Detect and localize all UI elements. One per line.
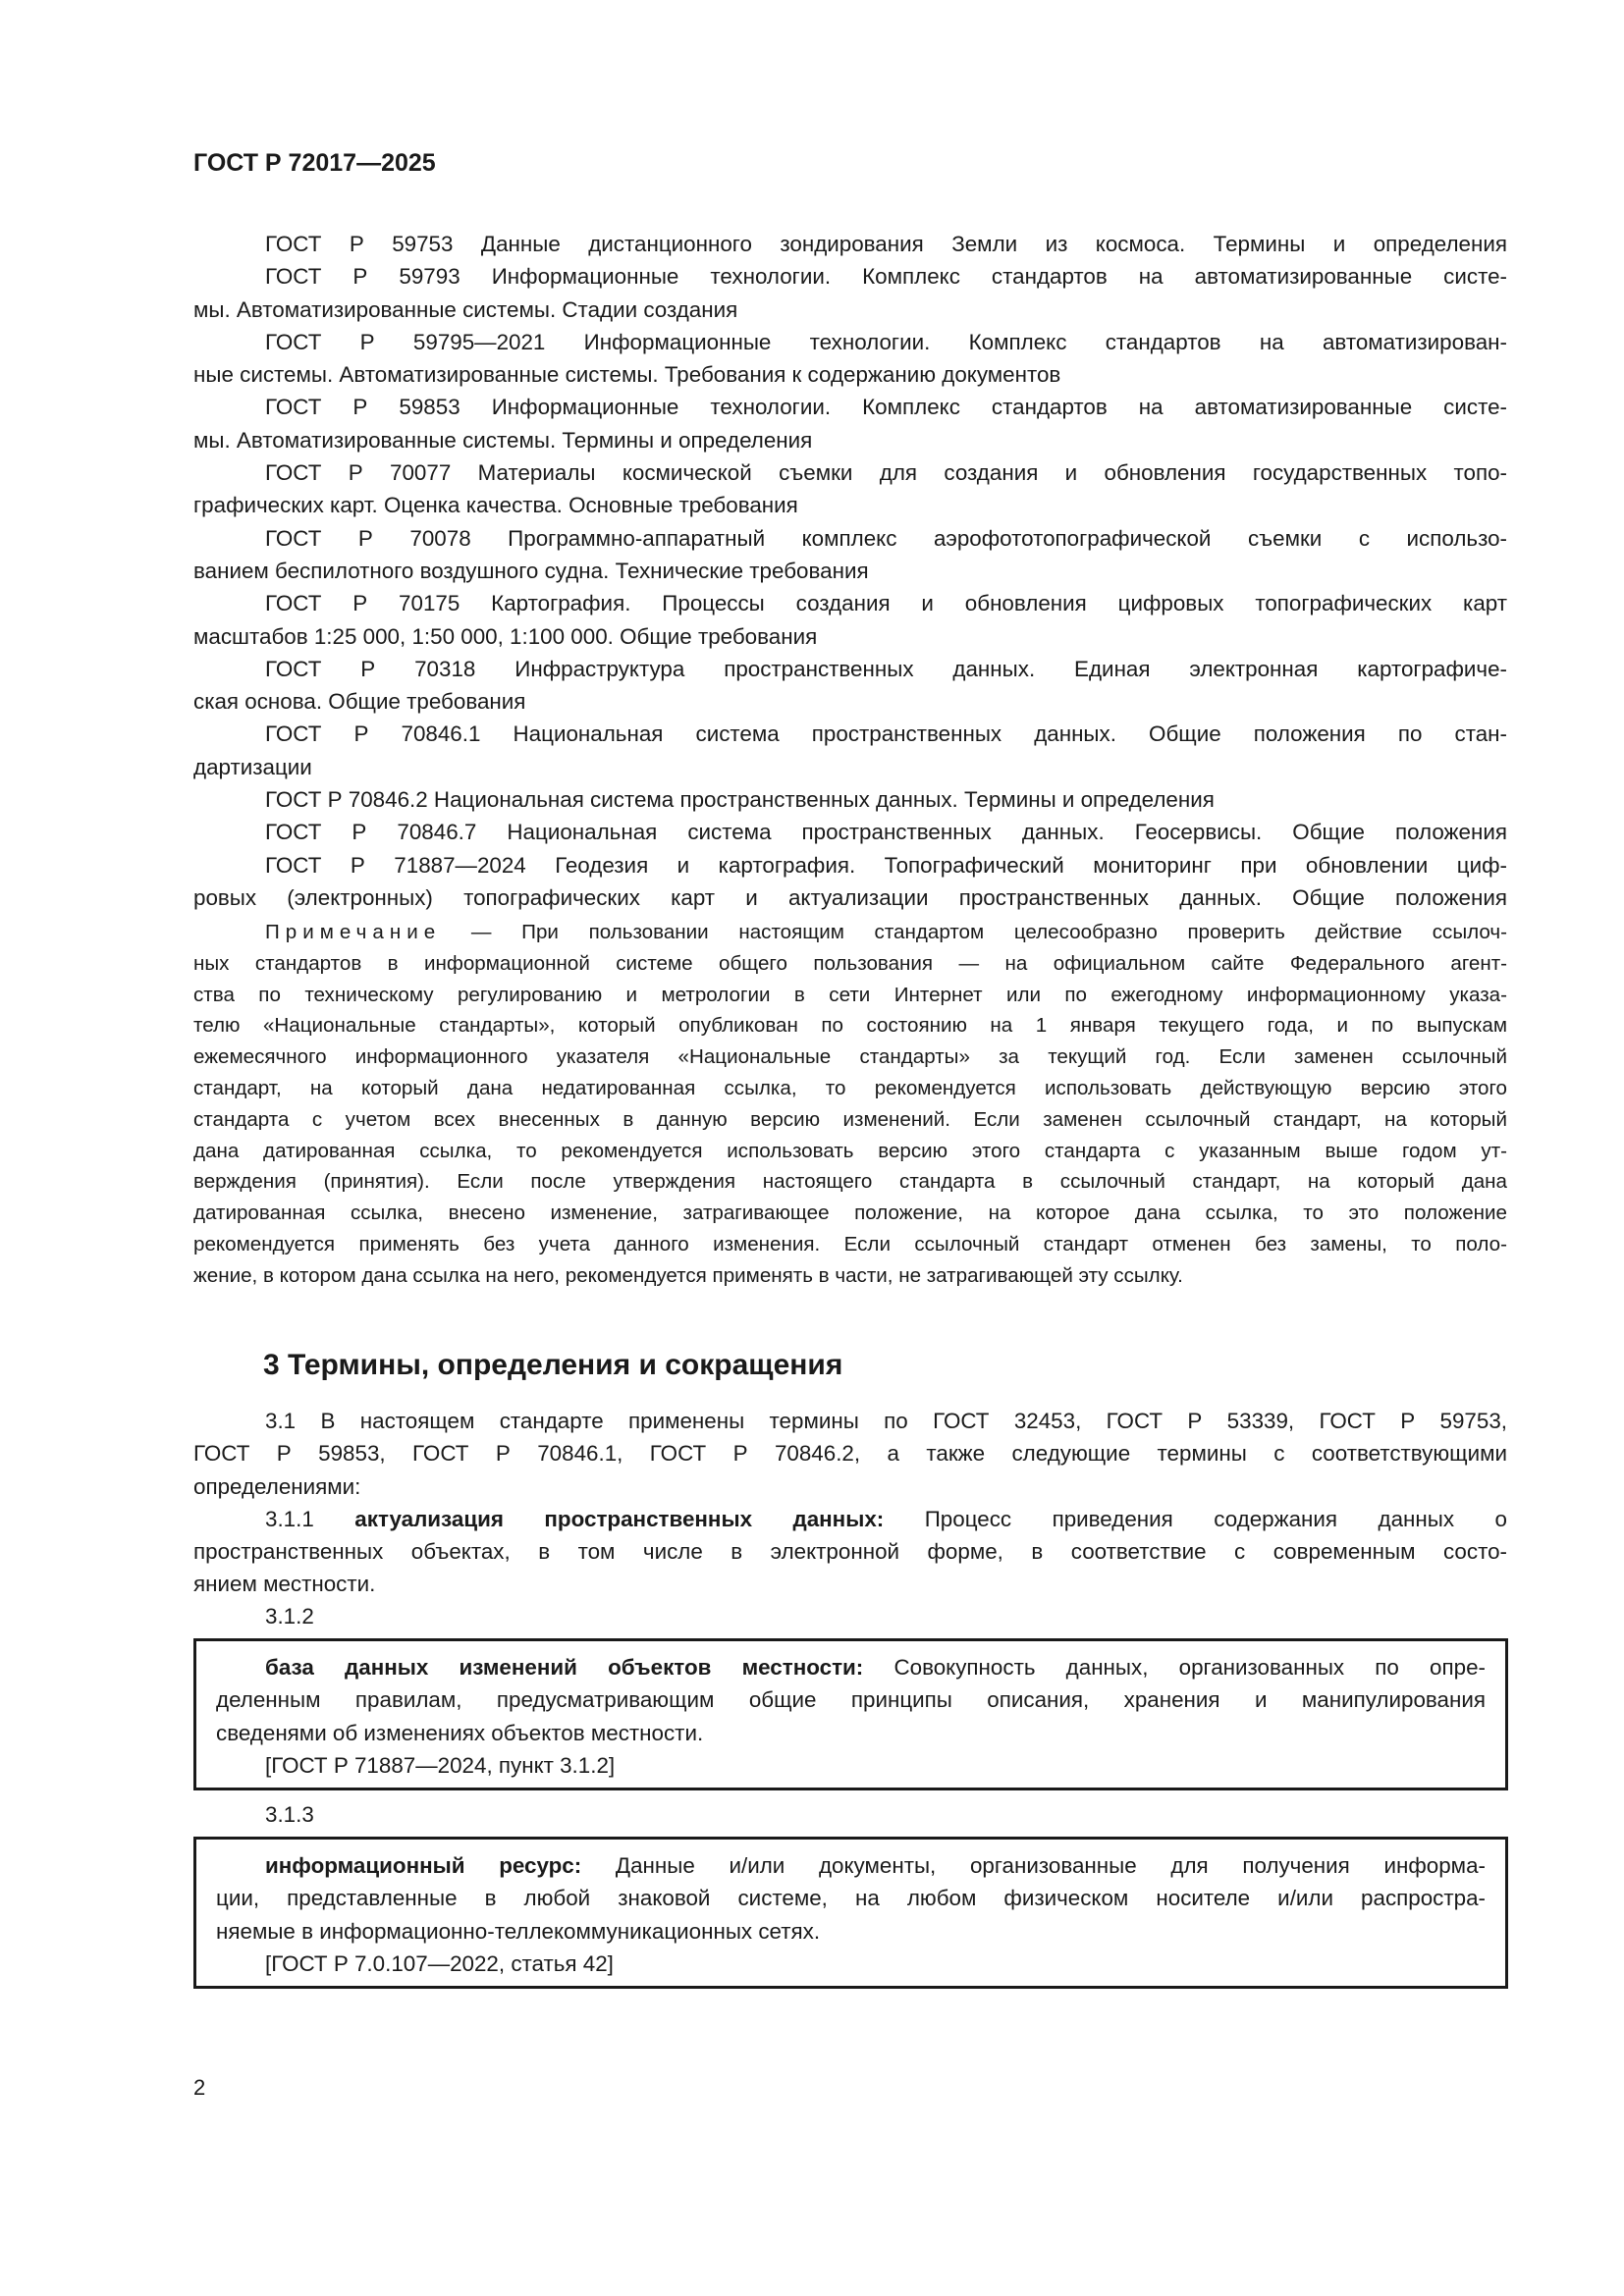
note-line: ства по техническому регулированию и мет… (193, 980, 1507, 1011)
note-line: верждения (принятия). Если после утвержд… (193, 1166, 1507, 1198)
note-line: ежемесячного информационного указателя «… (193, 1041, 1507, 1073)
term-line: сведенями об изменениях объектов местнос… (216, 1717, 1486, 1749)
paragraph-3-1-line: 3.1 В настоящем стандарте применены терм… (193, 1405, 1507, 1437)
section-3-paragraphs: 3.1 В настоящем стандарте применены терм… (193, 1405, 1507, 1601)
note-first-line: Примечание — При пользовании настоящим с… (193, 917, 1507, 948)
term-box-3-1-2: база данных изменений объектов местности… (193, 1638, 1508, 1790)
reference-line: ГОСТ Р 70078 Программно-аппаратный компл… (193, 522, 1507, 555)
reference-line: ГОСТ Р 70175 Картография. Процессы созда… (193, 587, 1507, 619)
document-code-header: ГОСТ Р 72017—2025 (193, 149, 436, 178)
note-first-line-text: При пользовании настоящим стандартом цел… (521, 921, 1507, 943)
term-number-3-1-3: 3.1.3 (265, 1802, 314, 1828)
term-first-line: информационный ресурс: Данные и/или доку… (216, 1849, 1486, 1882)
reference-line: ГОСТ Р 70077 Материалы космической съемк… (193, 456, 1507, 489)
note-dash: — (441, 921, 521, 943)
term-definition: Данные и/или документы, организованные д… (616, 1853, 1486, 1878)
page-number: 2 (193, 2075, 205, 2101)
reference-line: ГОСТ Р 59795—2021 Информационные техноло… (193, 326, 1507, 358)
reference-line: ская основа. Общие требования (193, 685, 1507, 718)
note-line: дана датированная ссылка, то рекомендует… (193, 1136, 1507, 1167)
term-line: няемые в информационно-теллекоммуникацио… (216, 1915, 1486, 1948)
note-line: жение, в котором дана ссылка на него, ре… (193, 1260, 1507, 1292)
note-line: стандарта с учетом всех внесенных в данн… (193, 1104, 1507, 1136)
term-name: база данных изменений объектов местности… (265, 1655, 863, 1680)
note-line: датированная ссылка, внесено изменение, … (193, 1198, 1507, 1229)
note-line: телю «Национальные стандарты», который о… (193, 1010, 1507, 1041)
reference-line: мы. Автоматизированные системы. Термины … (193, 424, 1507, 456)
reference-line: масштабов 1:25 000, 1:50 000, 1:100 000.… (193, 620, 1507, 653)
reference-line: ГОСТ Р 70846.1 Национальная система прос… (193, 718, 1507, 750)
term-number: 3.1.1 (265, 1507, 314, 1531)
term-definition: Процесс приведения содержания данных о (925, 1507, 1507, 1531)
note-line: рекомендуется применять без учета данног… (193, 1229, 1507, 1260)
reference-line: ровых (электронных) топографических карт… (193, 881, 1507, 914)
term-name: информационный ресурс: (265, 1853, 581, 1878)
term-source: [ГОСТ Р 71887—2024, пункт 3.1.2] (216, 1749, 1486, 1782)
term-3-1-1-first-line: 3.1.1 актуализация пространственных данн… (193, 1503, 1507, 1535)
reference-line: ГОСТ Р 70846.7 Национальная система прос… (193, 816, 1507, 848)
section-3-heading: 3 Термины, определения и сокращения (263, 1349, 842, 1382)
note-paragraph: Примечание — При пользовании настоящим с… (193, 917, 1507, 1292)
note-line: ных стандартов в информационной системе … (193, 948, 1507, 980)
term-first-line: база данных изменений объектов местности… (216, 1651, 1486, 1683)
reference-line: ГОСТ Р 59853 Информационные технологии. … (193, 391, 1507, 423)
term-line: ции, представленные в любой знаковой сис… (216, 1882, 1486, 1914)
reference-line: ГОСТ Р 70318 Инфраструктура пространстве… (193, 653, 1507, 685)
term-3-1-1-line: пространственных объектах, в том числе в… (193, 1535, 1507, 1568)
term-number-3-1-2: 3.1.2 (265, 1604, 314, 1629)
paragraph-3-1-line: определениями: (193, 1470, 1507, 1503)
term-name: актуализация пространственных данных: (354, 1507, 884, 1531)
note-line: стандарт, на который дана недатированная… (193, 1073, 1507, 1104)
paragraph-3-1-line: ГОСТ Р 59853, ГОСТ Р 70846.1, ГОСТ Р 708… (193, 1437, 1507, 1469)
reference-line: ГОСТ Р 59753 Данные дистанционного зонди… (193, 228, 1507, 260)
reference-line: дартизации (193, 751, 1507, 783)
term-source: [ГОСТ Р 7.0.107—2022, статья 42] (216, 1948, 1486, 1980)
reference-line: ГОСТ Р 59793 Информационные технологии. … (193, 260, 1507, 293)
reference-line: ванием беспилотного воздушного судна. Те… (193, 555, 1507, 587)
note-label: Примечание (265, 921, 441, 943)
term-definition: Совокупность данных, организованных по о… (893, 1655, 1486, 1680)
term-box-3-1-3: информационный ресурс: Данные и/или доку… (193, 1837, 1508, 1989)
reference-line: ГОСТ Р 71887—2024 Геодезия и картография… (193, 849, 1507, 881)
normative-references-list: ГОСТ Р 59753 Данные дистанционного зонди… (193, 228, 1507, 914)
term-line: деленным правилам, предусматривающим общ… (216, 1683, 1486, 1716)
reference-line: графических карт. Оценка качества. Основ… (193, 489, 1507, 521)
term-3-1-1-line: янием местности. (193, 1568, 1507, 1600)
reference-line: ГОСТ Р 70846.2 Национальная система прос… (193, 783, 1507, 816)
reference-line: мы. Автоматизированные системы. Стадии с… (193, 294, 1507, 326)
reference-line: ные системы. Автоматизированные системы.… (193, 358, 1507, 391)
